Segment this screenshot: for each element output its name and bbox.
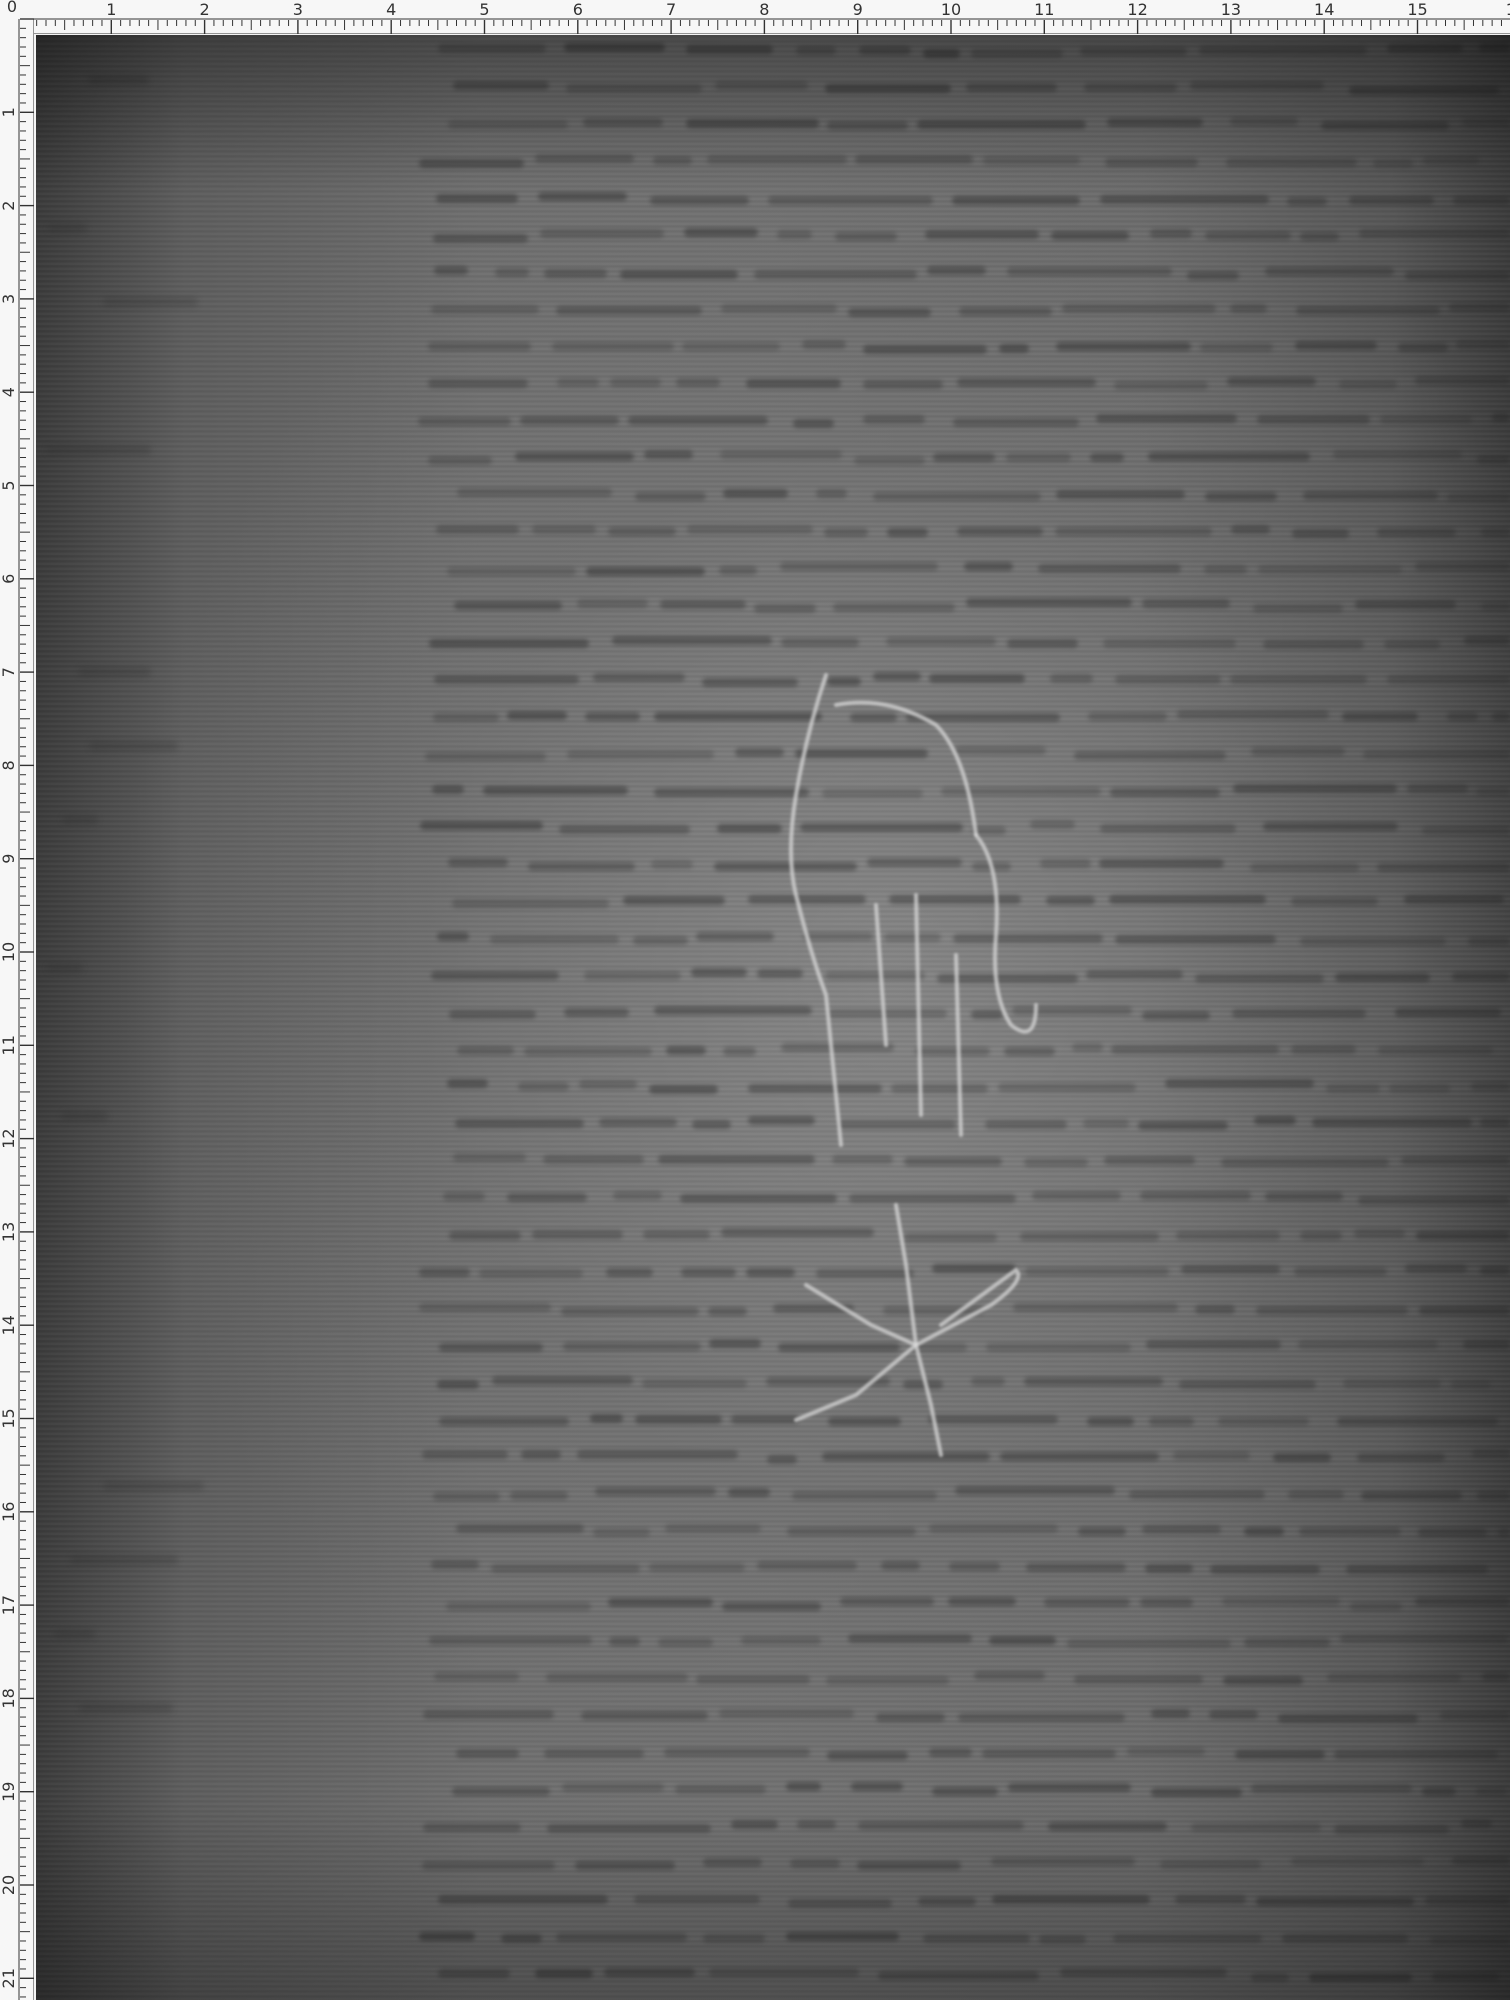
vertical-ruler: 0123456789101112131415161718192021 xyxy=(0,0,34,2000)
ruler-top-label: 15 xyxy=(1407,0,1427,19)
ruler-left-label: 18 xyxy=(0,1688,18,1708)
ruler-left-label: 9 xyxy=(0,854,18,864)
ruler-top-label: 14 xyxy=(1314,0,1334,19)
ruler-left-label: 11 xyxy=(0,1035,18,1055)
ruler-top-label: 13 xyxy=(1221,0,1241,19)
ruler-top-label: 10 xyxy=(941,0,961,19)
ruler-top-label: 1 xyxy=(1506,0,1510,19)
ruler-left-label: 19 xyxy=(0,1782,18,1802)
ruler-left-label: 2 xyxy=(0,201,18,211)
ruler-left-label: 10 xyxy=(0,942,18,962)
ruler-left-label: 1 xyxy=(0,107,18,117)
ruler-top-label: 6 xyxy=(573,0,583,19)
ruler-left-label: 8 xyxy=(0,760,18,770)
ruler-top-label: 1 xyxy=(106,0,116,19)
ruler-left-label: 6 xyxy=(0,574,18,584)
ruler-left-label: 13 xyxy=(0,1222,18,1242)
ruler-top-label: 8 xyxy=(759,0,769,19)
ruler-top-label: 11 xyxy=(1034,0,1054,19)
ruler-top-label: 4 xyxy=(386,0,396,19)
ruler-left-label: 14 xyxy=(0,1315,18,1335)
svg-text:0: 0 xyxy=(7,0,17,16)
ruler-left-label: 4 xyxy=(0,387,18,397)
ruler-top-label: 2 xyxy=(200,0,210,19)
ruler-left-label: 5 xyxy=(0,480,18,490)
manuscript-scan xyxy=(36,35,1510,2000)
ruler-top-label: 5 xyxy=(479,0,489,19)
ruler-left-label: 7 xyxy=(0,667,18,677)
ruler-left-label: 3 xyxy=(0,294,18,304)
ruler-left-label: 20 xyxy=(0,1875,18,1895)
horizontal-ruler: 01234567891011121314151 xyxy=(0,0,1510,34)
ruler-left-label: 21 xyxy=(0,1968,18,1988)
ruler-top-label: 3 xyxy=(293,0,303,19)
ruler-left-label: 12 xyxy=(0,1128,18,1148)
ruler-top-label: 12 xyxy=(1127,0,1147,19)
ruler-left-label: 16 xyxy=(0,1502,18,1522)
ruler-top-label: 9 xyxy=(853,0,863,19)
ruler-left-label: 15 xyxy=(0,1408,18,1428)
ruler-top-label: 7 xyxy=(666,0,676,19)
watermark-figure-icon xyxy=(36,35,1510,2000)
handwritten-text-block xyxy=(398,35,1510,2000)
ruler-left-label: 17 xyxy=(0,1595,18,1615)
